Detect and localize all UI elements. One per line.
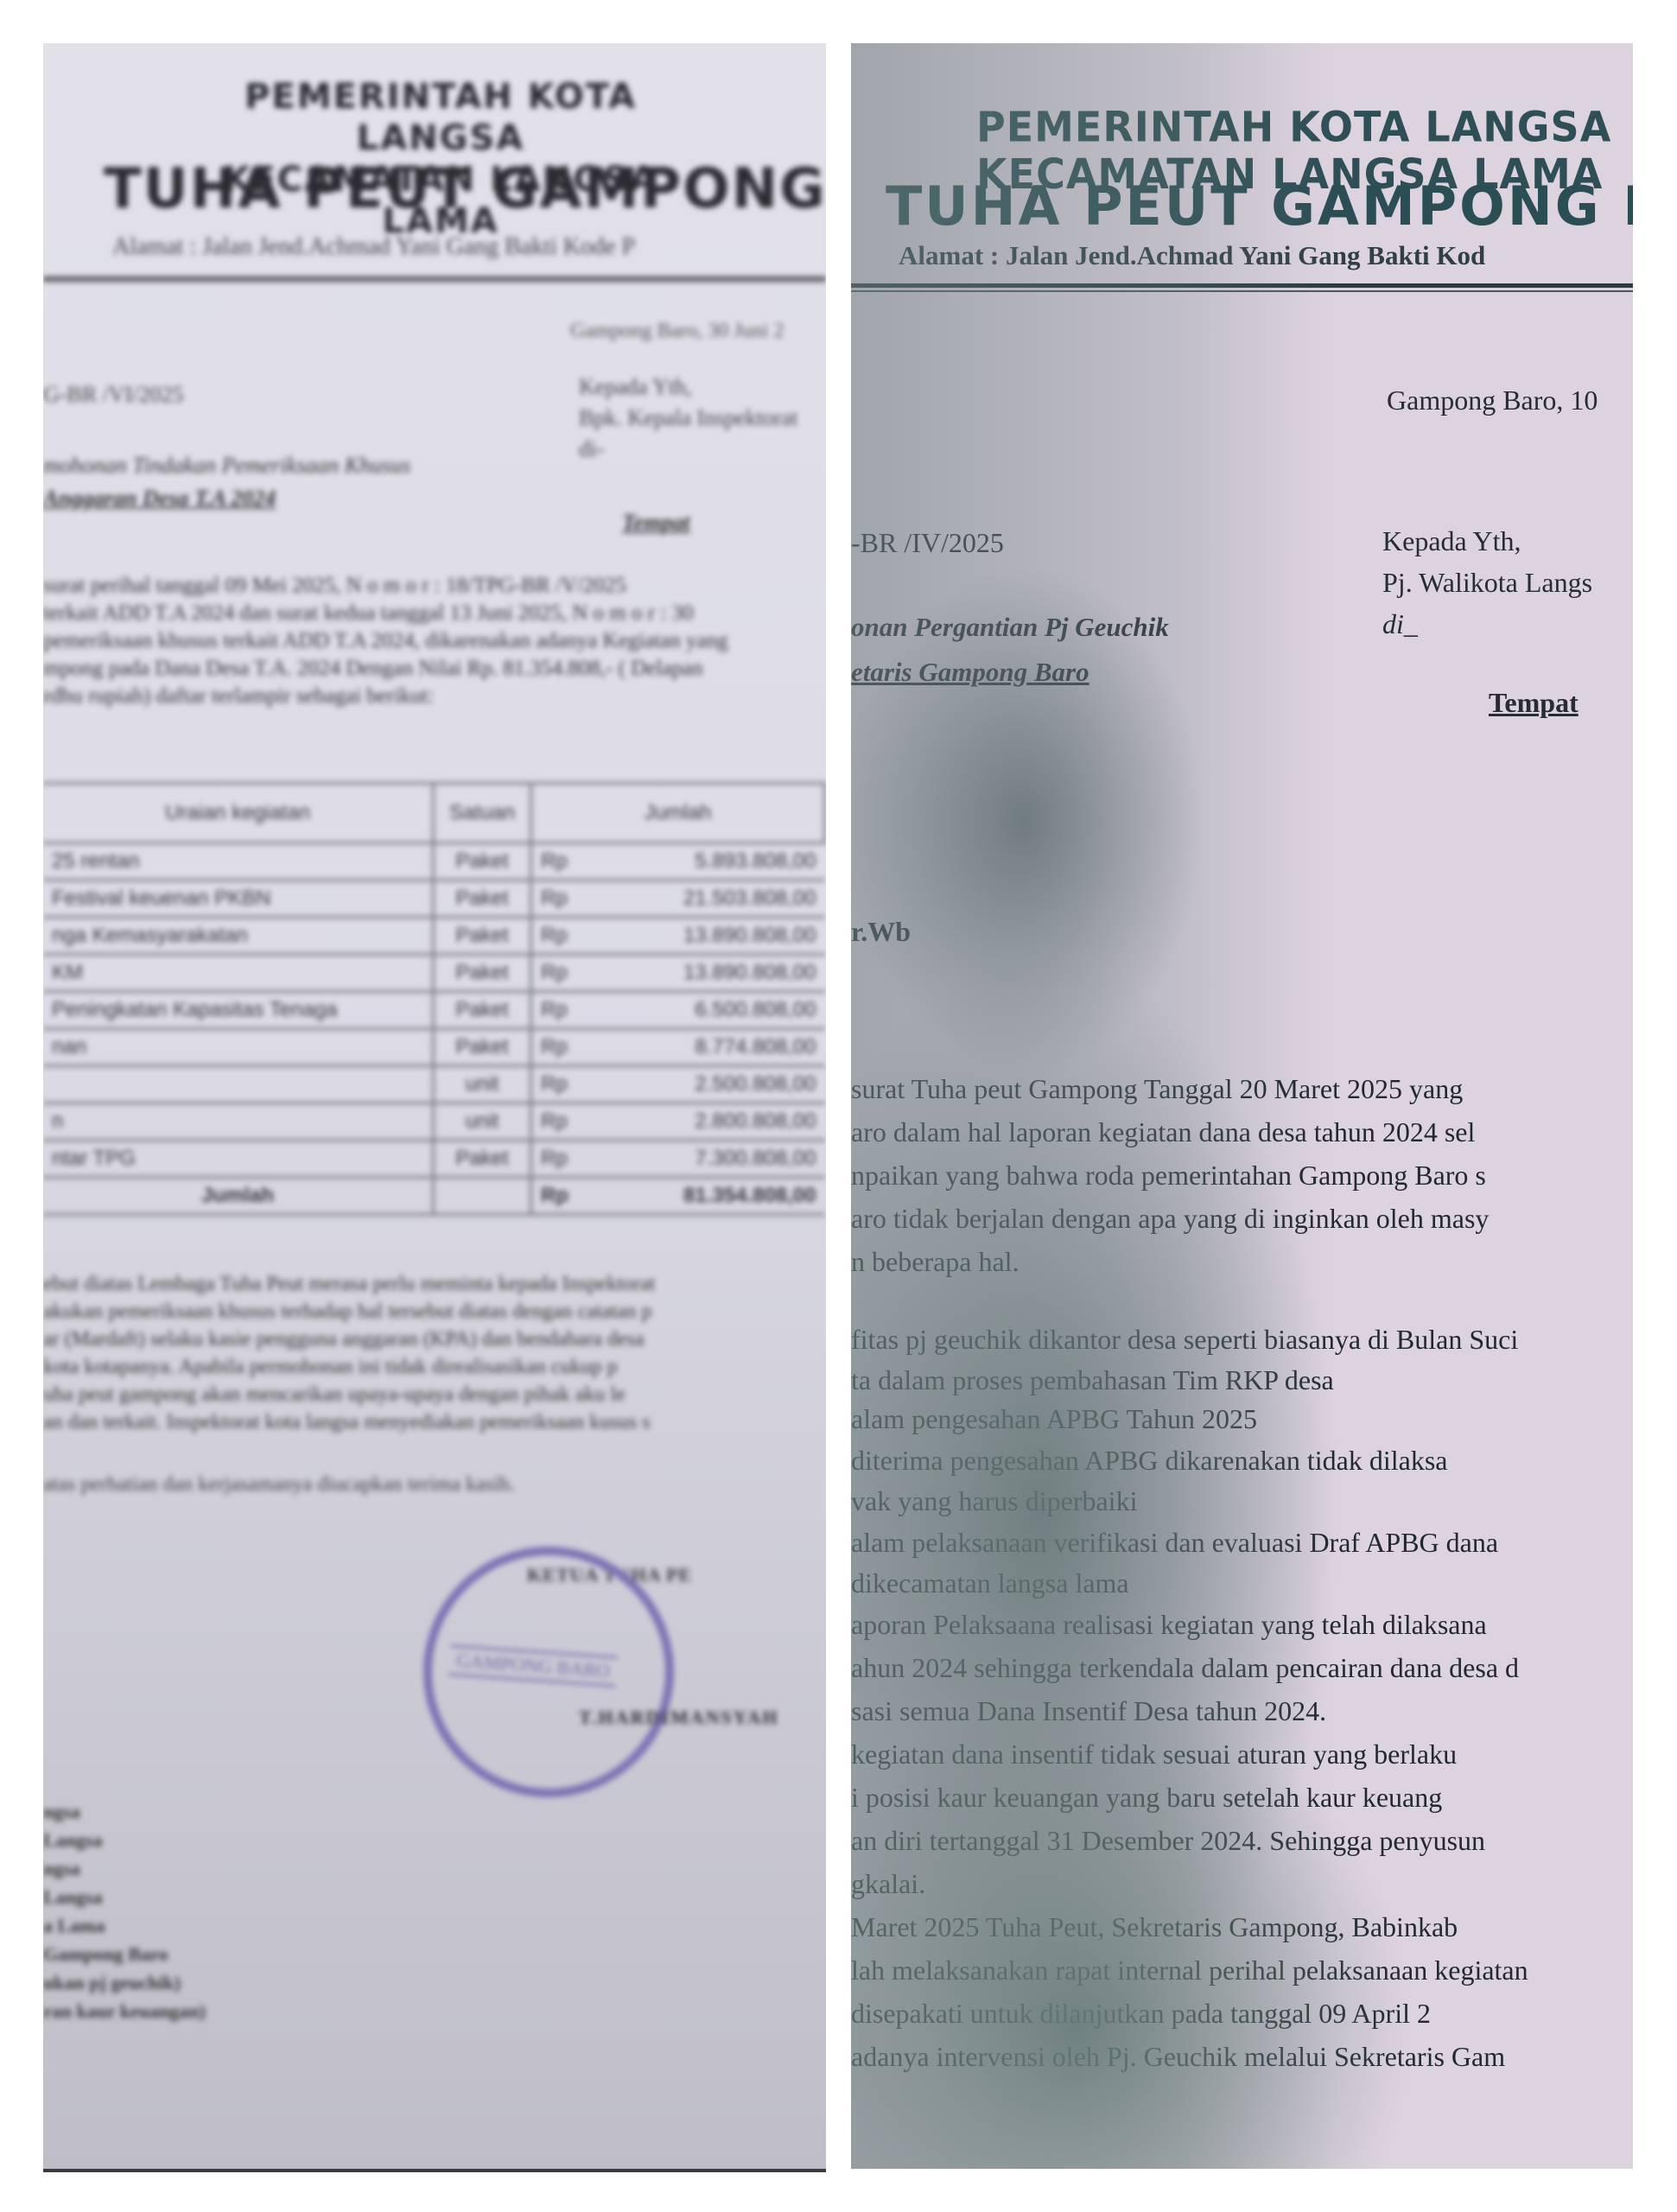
recipient-line: Bpk. Kepala Inspektorat: [579, 403, 797, 434]
body-line: aro tidak berjalan dengan apa yang di in…: [851, 1197, 1633, 1240]
activity-table: Uraian kegiatan Satuan Jumlah 25 rentanP…: [43, 782, 826, 1216]
letterhead-title: TUHA PEUT GAMPONG BA: [104, 157, 826, 221]
activity-cell: KM: [43, 955, 434, 992]
table-row: nunitRp2.800.808,00: [43, 1103, 825, 1141]
unit-cell: unit: [434, 1103, 531, 1141]
cc-line: Langsa: [43, 1883, 206, 1911]
currency-cell: Rp: [531, 1103, 585, 1141]
body-line: ta dalam proses pembahasan Tim RKP desa: [851, 1361, 1633, 1400]
body-line: terkait ADD T.A 2024 dan surat kedua tan…: [43, 600, 826, 627]
body-line: diterima pengesahan APBG dikarenakan tid…: [851, 1439, 1633, 1482]
subject-line: mohonan Tindakan Pemeriksaan Khusus: [43, 449, 410, 482]
activity-cell: nga Kemasyarakatan: [43, 918, 434, 955]
tempat-label: Tempat: [1489, 687, 1579, 719]
column-header-jumlah: Jumlah: [531, 784, 825, 843]
body-line: surat perihal tanggal 09 Mei 2025, N o m…: [43, 572, 826, 600]
unit-cell: Paket: [434, 1141, 531, 1178]
letterhead-divider-thin: [851, 290, 1633, 292]
currency-cell: Rp: [531, 1029, 585, 1066]
body-line: pemeriksaan khusus terkait ADD T.A 2024,…: [43, 627, 826, 655]
unit-cell: Paket: [434, 1029, 531, 1066]
currency-cell: Rp: [531, 918, 585, 955]
letter-number: G-BR /VI/2025: [43, 382, 184, 408]
unit-cell: Paket: [434, 955, 531, 992]
body-line: lah melaksanakan rapat internal perihal …: [851, 1948, 1633, 1992]
letterhead-line-1: PEMERINTAH KOTA LANGSA: [976, 103, 1611, 150]
amount-cell: 2.800.808,00: [584, 1103, 825, 1141]
cc-line: Langsa: [43, 1826, 206, 1854]
recipient-block: Kepada Yth, Pj. Walikota Langs di_: [1382, 520, 1592, 645]
letterhead-line-1: PEMERINTAH KOTA LANGSA: [199, 76, 683, 159]
amount-cell: 5.893.808,00: [584, 843, 825, 880]
letterhead-title: TUHA PEUT GAMPONG BA: [886, 175, 1633, 238]
letterhead-divider: [43, 276, 826, 282]
body-line: an dan terkait. Inspektorat kota langsa …: [43, 1408, 826, 1436]
body-line: Maret 2025 Tuha Peut, Sekretaris Gampong…: [851, 1905, 1633, 1948]
subject-line: Anggaran Desa T.A 2024: [43, 482, 410, 515]
table-row: unitRp2.500.808,00: [43, 1066, 825, 1103]
recipient-line: di-: [579, 434, 797, 465]
cc-line: a Lama: [43, 1911, 206, 1940]
total-label: Jumlah: [43, 1178, 434, 1215]
body-line: vak yang harus diperbaiki: [851, 1482, 1633, 1521]
subject-line: etaris Gampong Baro: [851, 650, 1169, 695]
body-line: ebut diatas Lembaga Tuha Peut merasa per…: [43, 1270, 826, 1298]
amount-cell: 13.890.808,00: [584, 955, 825, 992]
body-line: sasi semua Dana Insentif Desa tahun 2024…: [851, 1689, 1633, 1732]
cc-line: ngsa: [43, 1797, 206, 1826]
body-line: an diri tertanggal 31 Desember 2024. Seh…: [851, 1819, 1633, 1862]
currency-cell: Rp: [531, 955, 585, 992]
recipient-line: Kepada Yth,: [1382, 520, 1592, 562]
column-header-satuan: Satuan: [434, 784, 531, 843]
body-line: i posisi kaur keuangan yang baru setelah…: [851, 1776, 1633, 1819]
body-line: alam pelaksanaan verifikasi dan evaluasi…: [851, 1521, 1633, 1564]
activity-cell: Peningkatan Kapasitas Tenaga: [43, 992, 434, 1029]
body-line: ahun 2024 sehingga terkendala dalam penc…: [851, 1646, 1633, 1689]
body-line: adanya intervensi oleh Pj. Geuchik melal…: [851, 2035, 1633, 2078]
activity-cell: Festival keuenan PKBN: [43, 880, 434, 918]
subject-block: onan Pergantian Pj Geuchik etaris Gampon…: [851, 605, 1169, 695]
currency-cell: Rp: [531, 992, 585, 1029]
subject-block: mohonan Tindakan Pemeriksaan Khusus Angg…: [43, 449, 410, 515]
body-line: kota kotapanya. Apabila permohonan ini t…: [43, 1353, 826, 1381]
table-row: ntar TPGPaketRp7.300.808,00: [43, 1141, 825, 1178]
unit-cell: Paket: [434, 918, 531, 955]
amount-cell: 7.300.808,00: [584, 1141, 825, 1178]
body-line: n beberapa hal.: [851, 1240, 1633, 1283]
activity-cell: ntar TPG: [43, 1141, 434, 1178]
letterhead-address: Alamat : Jalan Jend.Achmad Yani Gang Bak…: [899, 240, 1485, 271]
subject-line: onan Pergantian Pj Geuchik: [851, 605, 1169, 650]
body-line: fitas pj geuchik dikantor desa seperti b…: [851, 1318, 1633, 1361]
cc-line: Gampong Baro: [43, 1940, 206, 1968]
body-line: ar (Mardaft) selaku kasie pengguna angga…: [43, 1325, 826, 1353]
cc-line: ukan pj geuchik): [43, 1968, 206, 1997]
complaint-points: fitas pj geuchik dikantor desa seperti b…: [851, 1318, 1633, 2078]
column-header-uraian: Uraian kegiatan: [43, 784, 434, 843]
table-total-row: JumlahRp81.354.808,00: [43, 1178, 825, 1215]
recipient-block: Kepada Yth, Bpk. Kepala Inspektorat di-: [579, 372, 797, 465]
letterhead-address: Alamat : Jalan Jend.Achmad Yani Gang Bak…: [112, 233, 635, 261]
body-line: disepakati untuk dilanjutkan pada tangga…: [851, 1992, 1633, 2035]
table-row: nanPaketRp8.774.808,00: [43, 1029, 825, 1066]
body-line: gkalai.: [851, 1862, 1633, 1905]
unit-cell: Paket: [434, 843, 531, 880]
body-line: kegiatan dana insentif tidak sesuai atur…: [851, 1732, 1633, 1776]
blurred-letter: PEMERINTAH KOTA LANGSA KECAMATAN LANGSA …: [43, 43, 826, 2169]
recipient-di: di_: [1382, 603, 1592, 645]
unit-cell: Paket: [434, 992, 531, 1029]
amount-cell: 6.500.808,00: [584, 992, 825, 1029]
currency-cell: Rp: [531, 880, 585, 918]
table-header-row: Uraian kegiatan Satuan Jumlah: [43, 784, 825, 843]
body-line: mpong pada Dana Desa T.A. 2024 Dengan Ni…: [43, 655, 826, 683]
recipient-line: Pj. Walikota Langs: [1382, 562, 1592, 603]
closing-line: atas perhatian dan kerjasamanya diucapka…: [43, 1473, 515, 1497]
table-row: nga KemasyarakatanPaketRp13.890.808,00: [43, 918, 825, 955]
unit-cell: unit: [434, 1066, 531, 1103]
letter-intro: surat perihal tanggal 09 Mei 2025, N o m…: [43, 572, 826, 710]
body-line: alam pengesahan APBG Tahun 2025: [851, 1400, 1633, 1439]
body-line: rdhu rupiah) daftar terlampir sebagai be…: [43, 683, 826, 710]
total-amount: 81.354.808,00: [584, 1178, 825, 1215]
letter-date: Gampong Baro, 30 Juni 2: [570, 320, 784, 343]
tempat-label: Tempat: [622, 510, 689, 536]
currency-cell: Rp: [531, 1178, 585, 1215]
left-document-photo: PEMERINTAH KOTA LANGSA KECAMATAN LANGSA …: [43, 43, 826, 2172]
amount-cell: 13.890.808,00: [584, 918, 825, 955]
activity-cell: 25 rentan: [43, 843, 434, 880]
empty-cell: [434, 1178, 531, 1215]
table-row: KMPaketRp13.890.808,00: [43, 955, 825, 992]
cc-list: ngsa Langsa ngsa Langsa a Lama Gampong B…: [43, 1797, 206, 2025]
body-line: akukan pemeriksaan khusus terhadap hal t…: [43, 1298, 826, 1325]
body-line: npaikan yang bahwa roda pemerintahan Gam…: [851, 1154, 1633, 1197]
spacer: [851, 1283, 1633, 1318]
cc-line: ngsa: [43, 1854, 206, 1883]
body-line: surat Tuha peut Gampong Tanggal 20 Maret…: [851, 1067, 1633, 1110]
table-row: 25 rentanPaketRp5.893.808,00: [43, 843, 825, 880]
letter-request: ebut diatas Lembaga Tuha Peut merasa per…: [43, 1270, 826, 1436]
activity-cell: nan: [43, 1029, 434, 1066]
signatory-name: T.HARDIMANSYAH: [579, 1707, 779, 1729]
body-line: aporan Pelaksaana realisasi kegiatan yan…: [851, 1603, 1633, 1646]
letterhead-divider: [851, 283, 1633, 288]
right-document-photo: PEMERINTAH KOTA LANGSA KECAMATAN LANGSA …: [851, 43, 1633, 2169]
currency-cell: Rp: [531, 1141, 585, 1178]
amount-cell: 2.500.808,00: [584, 1066, 825, 1103]
table-row: Festival keuenan PKBNPaketRp21.503.808,0…: [43, 880, 825, 918]
letter-date: Gampong Baro, 10: [1387, 385, 1598, 416]
activity-cell: [43, 1066, 434, 1103]
body-line: dikecamatan langsa lama: [851, 1564, 1633, 1603]
recipient-line: Kepada Yth,: [579, 372, 797, 403]
letter-body: surat Tuha peut Gampong Tanggal 20 Maret…: [851, 1067, 1633, 2078]
amount-cell: 8.774.808,00: [584, 1029, 825, 1066]
body-line: uha peut gampong akan mencarikan upaya-u…: [43, 1381, 826, 1408]
table-row: Peningkatan Kapasitas TenagaPaketRp6.500…: [43, 992, 825, 1029]
activity-cell: n: [43, 1103, 434, 1141]
amount-cell: 21.503.808,00: [584, 880, 825, 918]
letter-number: -BR /IV/2025: [851, 527, 1004, 559]
salutation: r.Wb: [851, 916, 911, 948]
unit-cell: Paket: [434, 880, 531, 918]
body-line: aro dalam hal laporan kegiatan dana desa…: [851, 1110, 1633, 1154]
currency-cell: Rp: [531, 843, 585, 880]
currency-cell: Rp: [531, 1066, 585, 1103]
cc-line: ran kaur keuangan): [43, 1997, 206, 2025]
